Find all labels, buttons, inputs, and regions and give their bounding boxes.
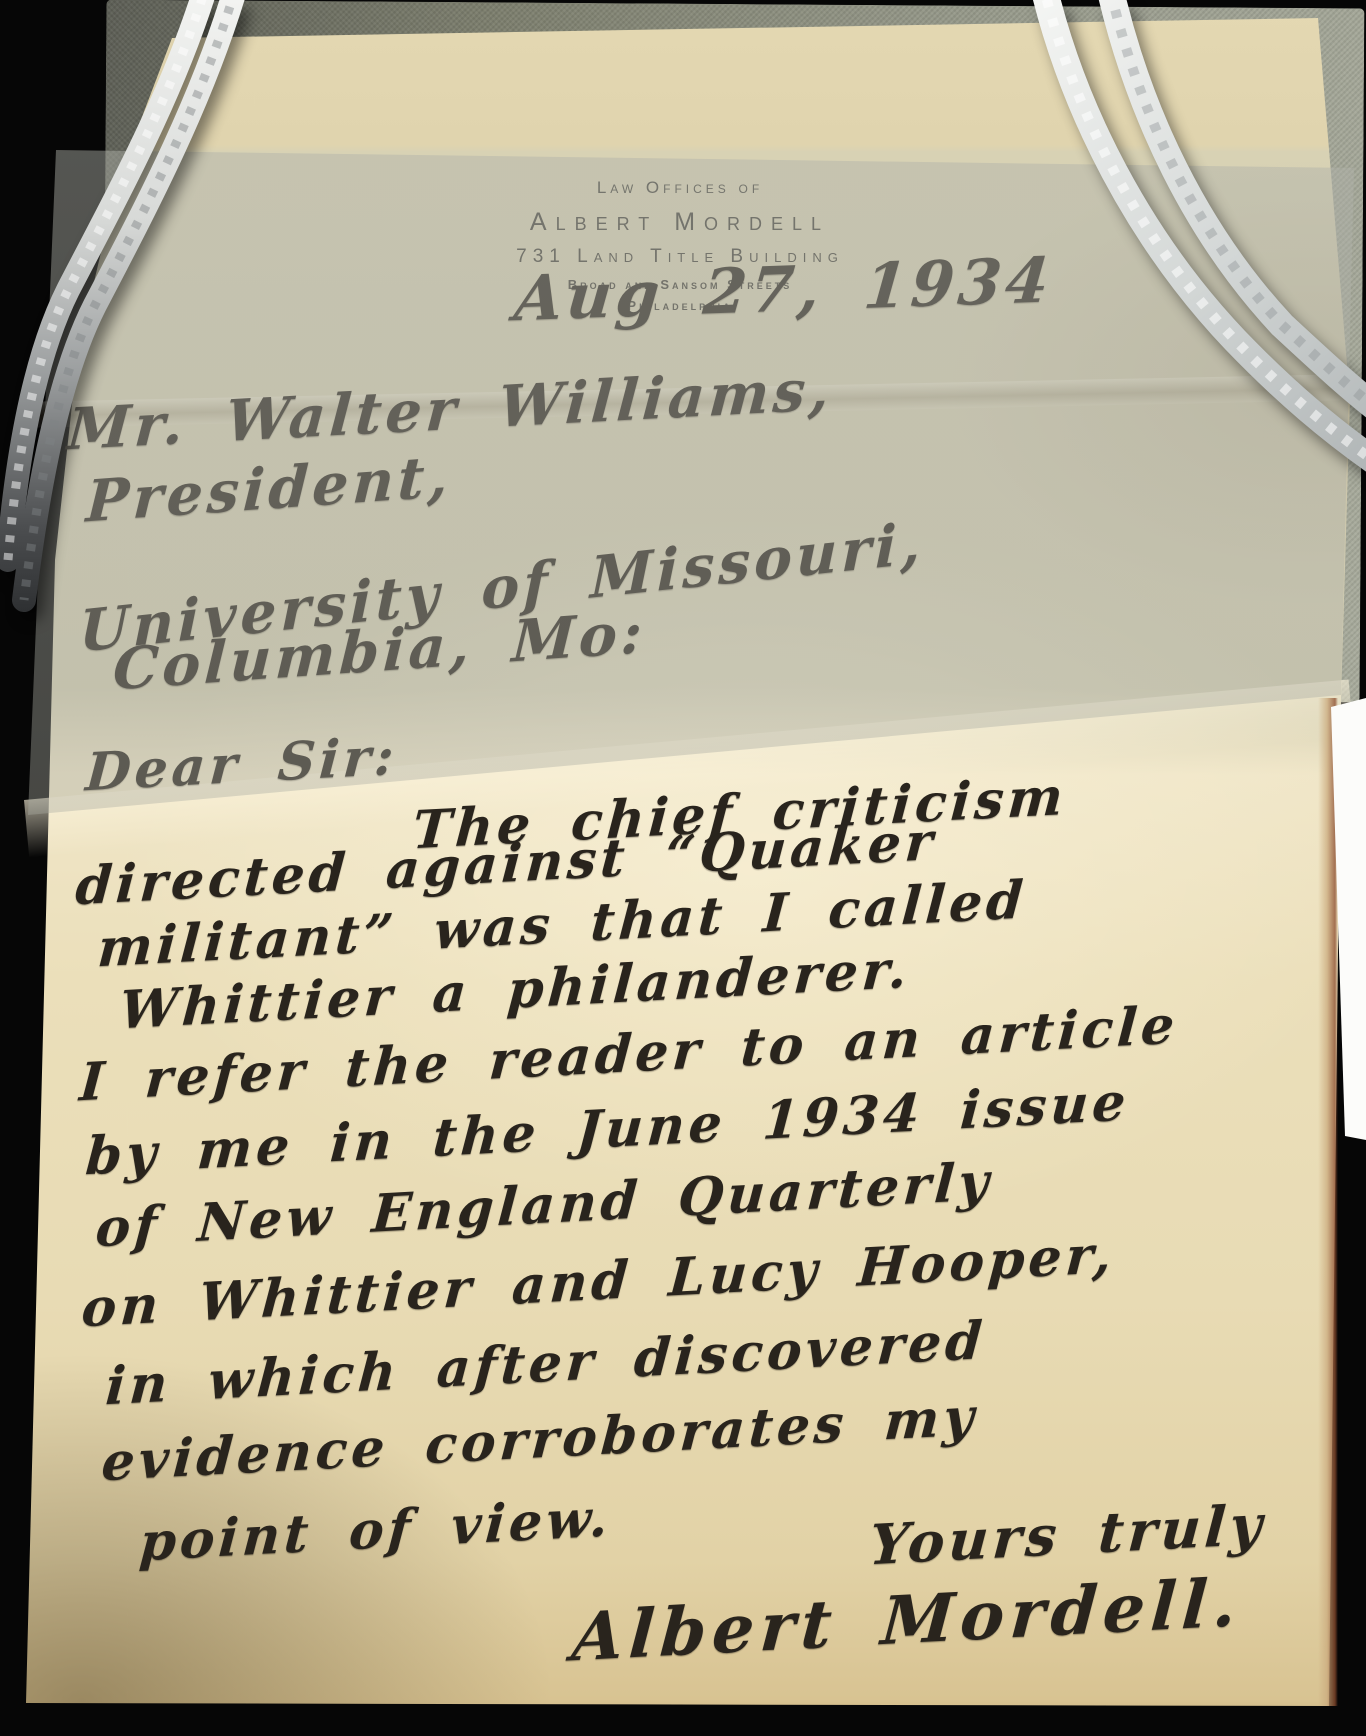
tie-cords: [0, 0, 1366, 1736]
right-cord: [1042, 0, 1366, 465]
letter-photograph: Law Offices of Albert Mordell 731 Land T…: [0, 0, 1366, 1736]
left-cord: [8, 0, 238, 600]
